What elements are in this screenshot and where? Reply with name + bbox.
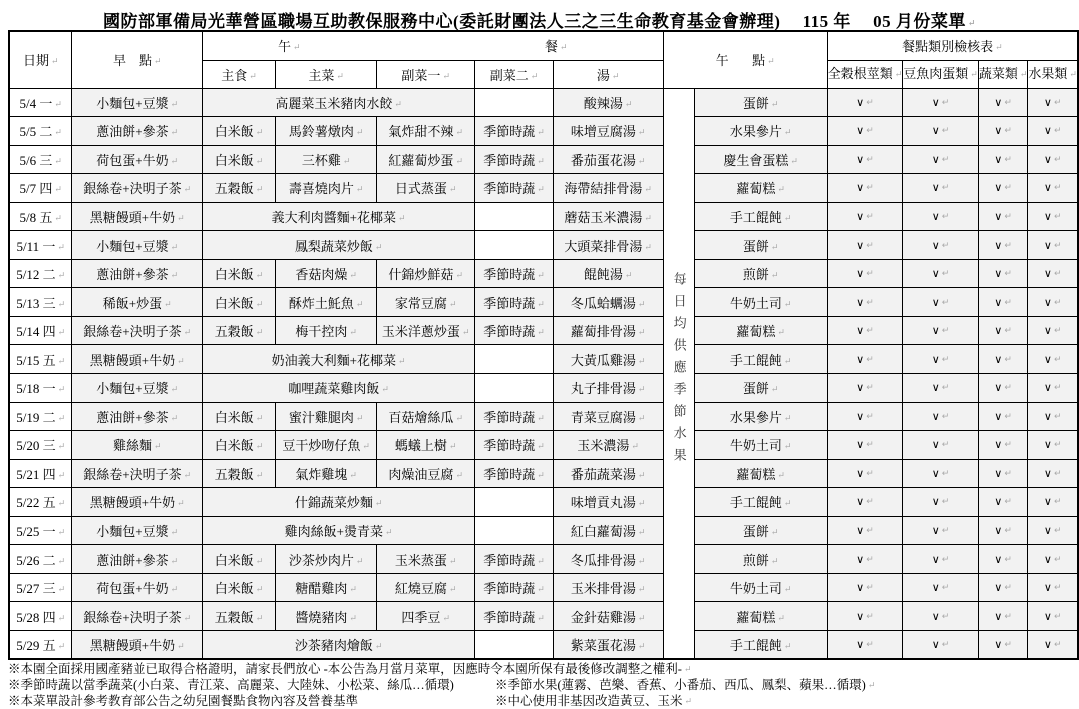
- side2-empty-cell: [475, 630, 554, 659]
- date-cell-text: 5/27 三: [16, 581, 65, 596]
- staple-cell: 白米飯: [202, 545, 275, 574]
- breakfast-cell-text: 黑糖饅頭+牛奶: [90, 495, 185, 510]
- date-cell-text: 5/8 五: [20, 210, 62, 225]
- snack-cell-text: 蛋餅: [743, 96, 779, 111]
- check-cell-3-text: ∨: [994, 240, 1012, 252]
- side2-cell: 季節時蔬: [475, 288, 554, 317]
- side1-cell: 什錦炒鮮菇: [377, 259, 475, 288]
- snack-cell: 牛奶土司: [694, 431, 827, 460]
- breakfast-cell-text: 黑糖饅頭+牛奶: [90, 210, 185, 225]
- date-cell: 5/21 四: [9, 459, 72, 488]
- soup-cell: 冬瓜蛤蠣湯: [553, 288, 663, 317]
- check-cell-3-text: ∨: [994, 354, 1012, 366]
- breakfast-cell-text: 荷包蛋+牛奶: [96, 581, 178, 596]
- menu-row: 5/4 一小麵包+豆漿高麗菜玉米豬肉水餃酸辣湯每日均供應季節水果蛋餅∨∨∨∨: [9, 88, 1078, 117]
- snack-cell-text: 水果參片: [730, 410, 792, 425]
- check-cell-1-text: ∨: [856, 182, 874, 194]
- soup-cell-text: 玉米排骨湯: [571, 581, 646, 596]
- check-cell-3: ∨: [978, 488, 1028, 517]
- staple-cell: 白米飯: [202, 117, 275, 146]
- check-cell-1-text: ∨: [856, 154, 874, 166]
- header-vegetable-class: 蔬菜類: [978, 60, 1028, 88]
- check-cell-3: ∨: [978, 174, 1028, 203]
- lunch-combined-cell: 奶油義大利麵+花椰菜: [202, 345, 474, 374]
- date-cell-text: 5/25 一: [16, 524, 65, 539]
- check-cell-1-text: ∨: [856, 554, 874, 566]
- date-cell: 5/27 三: [9, 573, 72, 602]
- check-cell-4-text: ∨: [1044, 125, 1062, 137]
- date-cell-text: 5/5 二: [20, 124, 62, 139]
- breakfast-cell-text: 銀絲卷+決明子茶: [83, 467, 191, 482]
- menu-row: 5/6 三荷包蛋+牛奶白米飯三杯雞紅蘿蔔炒蛋季節時蔬番茄蛋花湯慶生會蛋糕∨∨∨∨: [9, 145, 1078, 174]
- side2-cell: 季節時蔬: [475, 117, 554, 146]
- snack-cell-text: 手工餛飩: [730, 210, 792, 225]
- lunch-combined-cell: 高麗菜玉米豬肉水餃: [202, 88, 474, 117]
- soup-cell-text: 蘿蔔排骨湯: [571, 324, 646, 339]
- main-dish-cell: 梅干控肉: [276, 316, 377, 345]
- breakfast-cell-text: 荷包蛋+牛奶: [96, 153, 178, 168]
- footnote-1: ※本園全面採用國產豬並已取得合格證明，請家長們放心 -本公告為月當月菜單，因應時…: [8, 662, 1079, 678]
- check-cell-2: ∨: [903, 573, 979, 602]
- date-cell-text: 5/7 四: [20, 181, 62, 196]
- snack-cell: 牛奶土司: [694, 288, 827, 317]
- check-cell-4-text: ∨: [1044, 382, 1062, 394]
- side1-cell-text: 紅蘿蔔炒蛋: [388, 153, 463, 168]
- check-cell-2-text: ∨: [932, 354, 950, 366]
- check-cell-4-text: ∨: [1044, 439, 1062, 451]
- check-cell-1-text: ∨: [856, 97, 874, 109]
- side1-cell-text: 螞蟻上樹: [395, 438, 457, 453]
- check-cell-2: ∨: [903, 202, 979, 231]
- check-cell-4-text: ∨: [1044, 268, 1062, 280]
- check-cell-2-text: ∨: [932, 154, 950, 166]
- soup-cell: 玉米排骨湯: [553, 573, 663, 602]
- staple-cell: 白米飯: [202, 145, 275, 174]
- breakfast-cell-text: 雞絲麵: [113, 438, 162, 453]
- breakfast-cell-text: 蔥油餅+參茶: [96, 553, 178, 568]
- side1-cell: 紅蘿蔔炒蛋: [377, 145, 475, 174]
- side2-empty-cell: [475, 88, 554, 117]
- snack-cell-text: 蛋餅: [743, 381, 779, 396]
- side2-cell: 季節時蔬: [475, 145, 554, 174]
- snack-cell: 蛋餅: [694, 516, 827, 545]
- check-cell-3: ∨: [978, 602, 1028, 631]
- date-cell-text: 5/15 五: [16, 353, 65, 368]
- date-cell: 5/29 五: [9, 630, 72, 659]
- check-cell-2-text: ∨: [932, 496, 950, 508]
- check-cell-2-text: ∨: [932, 411, 950, 423]
- breakfast-cell: 黑糖饅頭+牛奶: [72, 630, 203, 659]
- side2-cell: 季節時蔬: [475, 602, 554, 631]
- menu-row: 5/26 二蔥油餅+參茶白米飯沙茶炒肉片玉米蒸蛋季節時蔬冬瓜排骨湯煎餅∨∨∨∨: [9, 545, 1078, 574]
- snack-cell: 手工餛飩: [694, 345, 827, 374]
- check-cell-4-text: ∨: [1044, 582, 1062, 594]
- soup-cell: 大頭菜排骨湯: [553, 231, 663, 260]
- menu-table: 日期 早 點 午 餐 午 點 餐點類別檢核表 主食 主菜 副菜一 副菜二 湯: [8, 30, 1079, 660]
- daily-fruit-note-text: 每日均供應季節水果: [664, 272, 694, 470]
- breakfast-cell: 小麵包+豆漿: [72, 88, 203, 117]
- check-cell-2-text: ∨: [932, 97, 950, 109]
- check-cell-3: ∨: [978, 459, 1028, 488]
- check-cell-2-text: ∨: [932, 382, 950, 394]
- staple-cell-text: 白米飯: [215, 124, 264, 139]
- side2-cell-text: 季節時蔬: [483, 124, 545, 139]
- check-cell-1: ∨: [827, 202, 903, 231]
- side1-cell-text: 肉燥油豆腐: [388, 467, 463, 482]
- header-protein-class: 豆魚肉蛋類: [903, 60, 979, 88]
- soup-cell: 冬瓜排骨湯: [553, 545, 663, 574]
- check-cell-4: ∨: [1028, 602, 1078, 631]
- soup-cell-text: 紅白蘿蔔湯: [571, 524, 646, 539]
- date-cell: 5/7 四: [9, 174, 72, 203]
- menu-row: 5/19 二蔥油餅+參茶白米飯蜜汁雞腿肉百菇燴絲瓜季節時蔬青菜豆腐湯水果參片∨∨…: [9, 402, 1078, 431]
- breakfast-cell: 小麵包+豆漿: [72, 516, 203, 545]
- breakfast-cell-text: 蔥油餅+參茶: [96, 410, 178, 425]
- lunch-combined-cell-text: 咖哩蔬菜雞肉飯: [288, 381, 389, 396]
- menu-row: 5/12 二蔥油餅+參茶白米飯香菇肉燥什錦炒鮮菇季節時蔬餛飩湯煎餅∨∨∨∨: [9, 259, 1078, 288]
- check-cell-1: ∨: [827, 88, 903, 117]
- check-cell-4-text: ∨: [1044, 496, 1062, 508]
- check-cell-1: ∨: [827, 259, 903, 288]
- check-cell-3-text: ∨: [994, 211, 1012, 223]
- snack-cell-text: 牛奶土司: [730, 296, 792, 311]
- snack-cell: 蛋餅: [694, 88, 827, 117]
- soup-cell-text: 番茄蛋花湯: [571, 153, 646, 168]
- date-cell: 5/13 三: [9, 288, 72, 317]
- soup-cell-text: 餛飩湯: [584, 267, 633, 282]
- date-cell-text: 5/28 四: [16, 610, 65, 625]
- main-dish-cell: 酥炸土魠魚: [276, 288, 377, 317]
- staple-cell-text: 白米飯: [215, 581, 264, 596]
- main-dish-cell: 香菇肉燥: [276, 259, 377, 288]
- date-cell-text: 5/19 二: [16, 410, 65, 425]
- check-cell-1: ∨: [827, 602, 903, 631]
- daily-fruit-note-cell: 每日均供應季節水果: [663, 88, 694, 659]
- check-cell-4-text: ∨: [1044, 154, 1062, 166]
- date-cell-text: 5/22 五: [16, 495, 65, 510]
- date-cell: 5/8 五: [9, 202, 72, 231]
- header-staple: 主食: [202, 60, 275, 88]
- date-cell: 5/19 二: [9, 402, 72, 431]
- breakfast-cell-text: 黑糖饅頭+牛奶: [90, 638, 185, 653]
- snack-cell-text: 手工餛飩: [730, 353, 792, 368]
- check-cell-2-text: ∨: [932, 611, 950, 623]
- soup-cell-text: 青菜豆腐湯: [571, 410, 646, 425]
- breakfast-cell: 蔥油餅+參茶: [72, 402, 203, 431]
- snack-cell: 蘿蔔糕: [694, 174, 827, 203]
- staple-cell: 五穀飯: [202, 602, 275, 631]
- snack-cell-text: 煎餅: [743, 267, 779, 282]
- check-cell-4-text: ∨: [1044, 297, 1062, 309]
- header-snack-right: 點: [752, 50, 775, 69]
- check-cell-3-text: ∨: [994, 125, 1012, 137]
- check-cell-1-text: ∨: [856, 468, 874, 480]
- side1-cell: 日式蒸蛋: [377, 174, 475, 203]
- check-cell-3: ∨: [978, 373, 1028, 402]
- lunch-combined-cell: 鳳梨蔬菜炒飯: [202, 231, 474, 260]
- check-cell-2-text: ∨: [932, 468, 950, 480]
- main-dish-cell-text: 三杯雞: [302, 153, 351, 168]
- check-cell-1: ∨: [827, 431, 903, 460]
- check-cell-4-text: ∨: [1044, 611, 1062, 623]
- check-cell-3: ∨: [978, 316, 1028, 345]
- staple-cell-text: 五穀飯: [215, 467, 264, 482]
- soup-cell: 金針菇雞湯: [553, 602, 663, 631]
- breakfast-cell-text: 小麵包+豆漿: [96, 96, 178, 111]
- side2-cell-text: 季節時蔬: [483, 581, 545, 596]
- breakfast-cell: 荷包蛋+牛奶: [72, 145, 203, 174]
- side1-cell: 玉米蒸蛋: [377, 545, 475, 574]
- main-dish-cell-text: 沙茶炒肉片: [289, 553, 364, 568]
- check-cell-4-text: ∨: [1044, 182, 1062, 194]
- main-dish-cell-text: 香菇肉燥: [295, 267, 357, 282]
- check-cell-4: ∨: [1028, 488, 1078, 517]
- date-cell: 5/5 二: [9, 117, 72, 146]
- breakfast-cell: 小麵包+豆漿: [72, 231, 203, 260]
- check-cell-1: ∨: [827, 316, 903, 345]
- breakfast-cell: 小麵包+豆漿: [72, 373, 203, 402]
- breakfast-cell: 黑糖饅頭+牛奶: [72, 488, 203, 517]
- side2-cell: 季節時蔬: [475, 402, 554, 431]
- check-cell-4: ∨: [1028, 373, 1078, 402]
- menu-row: 5/28 四銀絲卷+決明子茶五穀飯醬燒豬肉四季豆季節時蔬金針菇雞湯蘿蔔糕∨∨∨∨: [9, 602, 1078, 631]
- check-cell-2: ∨: [903, 488, 979, 517]
- staple-cell-text: 白米飯: [215, 296, 264, 311]
- check-cell-1: ∨: [827, 288, 903, 317]
- soup-cell-text: 大頭菜排骨湯: [564, 239, 652, 254]
- soup-cell: 紫菜蛋花湯: [553, 630, 663, 659]
- soup-cell: 海帶結排骨湯: [553, 174, 663, 203]
- side1-cell-text: 紅燒豆腐: [395, 581, 457, 596]
- side2-cell: 季節時蔬: [475, 431, 554, 460]
- check-cell-4: ∨: [1028, 288, 1078, 317]
- breakfast-cell-text: 小麵包+豆漿: [96, 524, 178, 539]
- lunch-combined-cell: 義大利肉醬麵+花椰菜: [202, 202, 474, 231]
- check-cell-1-text: ∨: [856, 354, 874, 366]
- lunch-combined-cell-text: 沙茶豬肉燴飯: [295, 638, 383, 653]
- main-dish-cell-text: 豆干炒吻仔魚: [282, 438, 370, 453]
- check-cell-4-text: ∨: [1044, 97, 1062, 109]
- side2-cell-text: 季節時蔬: [483, 410, 545, 425]
- side1-cell-text: 什錦炒鮮菇: [388, 267, 463, 282]
- check-cell-4-text: ∨: [1044, 240, 1062, 252]
- date-cell: 5/14 四: [9, 316, 72, 345]
- footnote-non-gmo: ※中心使用非基因改造黃豆、玉米: [495, 694, 692, 709]
- side2-cell-text: 季節時蔬: [483, 467, 545, 482]
- snack-cell-text: 慶生會蛋糕: [723, 153, 798, 168]
- check-cell-3: ∨: [978, 117, 1028, 146]
- check-cell-4: ∨: [1028, 345, 1078, 374]
- date-cell: 5/26 二: [9, 545, 72, 574]
- side2-cell-text: 季節時蔬: [483, 153, 545, 168]
- header-fruit-class: 水果類: [1028, 60, 1078, 88]
- main-dish-cell-text: 氣炸雞塊: [295, 467, 357, 482]
- menu-row: 5/14 四銀絲卷+決明子茶五穀飯梅干控肉玉米洋蔥炒蛋季節時蔬蘿蔔排骨湯蘿蔔糕∨…: [9, 316, 1078, 345]
- check-cell-3-text: ∨: [994, 182, 1012, 194]
- lunch-combined-cell: 雞肉絲飯+燙青菜: [202, 516, 474, 545]
- staple-cell-text: 白米飯: [215, 267, 264, 282]
- check-cell-4: ∨: [1028, 545, 1078, 574]
- check-cell-1-text: ∨: [856, 611, 874, 623]
- page-title: 國防部軍備局光華營區職場互助教保服務中心(委託財團法人三之三生命教育基金會辦理)…: [0, 0, 1079, 30]
- snack-cell-text: 煎餅: [743, 553, 779, 568]
- staple-cell: 五穀飯: [202, 459, 275, 488]
- check-cell-4: ∨: [1028, 88, 1078, 117]
- breakfast-cell: 蔥油餅+參茶: [72, 117, 203, 146]
- check-cell-3: ∨: [978, 630, 1028, 659]
- soup-cell: 丸子排骨湯: [553, 373, 663, 402]
- side2-empty-cell: [475, 202, 554, 231]
- staple-cell-text: 白米飯: [215, 153, 264, 168]
- snack-cell: 手工餛飩: [694, 202, 827, 231]
- soup-cell-text: 大黃瓜雞湯: [571, 353, 646, 368]
- check-cell-4: ∨: [1028, 231, 1078, 260]
- side2-empty-cell: [475, 373, 554, 402]
- check-cell-4: ∨: [1028, 573, 1078, 602]
- check-cell-3-text: ∨: [994, 554, 1012, 566]
- breakfast-cell-text: 小麵包+豆漿: [96, 239, 178, 254]
- side2-cell-text: 季節時蔬: [483, 296, 545, 311]
- date-cell: 5/25 一: [9, 516, 72, 545]
- menu-row: 5/13 三稀飯+炒蛋白米飯酥炸土魠魚家常豆腐季節時蔬冬瓜蛤蠣湯牛奶土司∨∨∨∨: [9, 288, 1078, 317]
- check-cell-3-text: ∨: [994, 268, 1012, 280]
- check-cell-3-text: ∨: [994, 582, 1012, 594]
- check-cell-2: ∨: [903, 545, 979, 574]
- side2-empty-cell: [475, 231, 554, 260]
- check-cell-3: ∨: [978, 88, 1028, 117]
- check-cell-1: ∨: [827, 345, 903, 374]
- header-lunch-right: 餐: [545, 36, 568, 55]
- date-cell-text: 5/26 二: [16, 553, 65, 568]
- check-cell-1: ∨: [827, 573, 903, 602]
- breakfast-cell-text: 蔥油餅+參茶: [96, 267, 178, 282]
- side2-cell-text: 季節時蔬: [483, 438, 545, 453]
- date-cell-text: 5/4 一: [20, 96, 62, 111]
- side2-empty-cell: [475, 516, 554, 545]
- check-cell-3: ∨: [978, 145, 1028, 174]
- soup-cell: 大黃瓜雞湯: [553, 345, 663, 374]
- check-cell-2: ∨: [903, 259, 979, 288]
- check-cell-2: ∨: [903, 288, 979, 317]
- check-cell-1: ∨: [827, 373, 903, 402]
- main-dish-cell: 壽喜燒肉片: [276, 174, 377, 203]
- check-cell-2: ∨: [903, 602, 979, 631]
- soup-cell: 酸辣湯: [553, 88, 663, 117]
- snack-cell: 煎餅: [694, 545, 827, 574]
- footnote-2: ※季節時蔬以當季蔬菜(小白菜、青江菜、高麗菜、大陸妹、小松菜、絲瓜…循環) ※季…: [8, 678, 1079, 694]
- check-cell-4: ∨: [1028, 516, 1078, 545]
- breakfast-cell: 稀飯+炒蛋: [72, 288, 203, 317]
- check-cell-1: ∨: [827, 174, 903, 203]
- snack-cell: 蘿蔔糕: [694, 459, 827, 488]
- lunch-combined-cell: 什錦蔬菜炒麵: [202, 488, 474, 517]
- check-cell-2: ∨: [903, 630, 979, 659]
- staple-cell: 五穀飯: [202, 174, 275, 203]
- main-dish-cell-text: 醬燒豬肉: [295, 610, 357, 625]
- date-cell: 5/28 四: [9, 602, 72, 631]
- check-cell-3: ∨: [978, 516, 1028, 545]
- date-cell-text: 5/14 四: [16, 324, 65, 339]
- lunch-combined-cell-text: 高麗菜玉米豬肉水餃: [275, 96, 402, 111]
- side2-cell-text: 季節時蔬: [483, 610, 545, 625]
- side1-cell: 百菇燴絲瓜: [377, 402, 475, 431]
- main-dish-cell-text: 梅干控肉: [295, 324, 357, 339]
- breakfast-cell: 銀絲卷+決明子茶: [72, 459, 203, 488]
- soup-cell-text: 酸辣湯: [584, 96, 633, 111]
- main-dish-cell: 馬鈴薯燉肉: [276, 117, 377, 146]
- date-cell: 5/12 二: [9, 259, 72, 288]
- side1-cell: 玉米洋蔥炒蛋: [377, 316, 475, 345]
- menu-row: 5/5 二蔥油餅+參茶白米飯馬鈴薯燉肉氣炸甜不辣季節時蔬味增豆腐湯水果參片∨∨∨…: [9, 117, 1078, 146]
- soup-cell-text: 海帶結排骨湯: [564, 181, 652, 196]
- lunch-combined-cell-text: 什錦蔬菜炒麵: [295, 495, 383, 510]
- staple-cell-text: 白米飯: [215, 410, 264, 425]
- snack-cell: 蘿蔔糕: [694, 316, 827, 345]
- check-cell-1-text: ∨: [856, 125, 874, 137]
- main-dish-cell: 三杯雞: [276, 145, 377, 174]
- snack-cell-text: 蘿蔔糕: [736, 467, 785, 482]
- snack-cell: 慶生會蛋糕: [694, 145, 827, 174]
- side2-cell: 季節時蔬: [475, 573, 554, 602]
- date-cell-text: 5/12 二: [16, 267, 65, 282]
- side1-cell: 紅燒豆腐: [377, 573, 475, 602]
- side1-cell-text: 玉米洋蔥炒蛋: [382, 324, 470, 339]
- check-cell-4-text: ∨: [1044, 468, 1062, 480]
- snack-cell-text: 蛋餅: [743, 239, 779, 254]
- header-main-dish: 主菜: [276, 60, 377, 88]
- breakfast-cell: 荷包蛋+牛奶: [72, 573, 203, 602]
- footnote-vegetables: ※季節時蔬以當季蔬菜(小白菜、青江菜、高麗菜、大陸妹、小松菜、絲瓜…循環): [8, 678, 454, 692]
- date-cell-text: 5/11 一: [17, 239, 65, 254]
- breakfast-cell: 蔥油餅+參茶: [72, 259, 203, 288]
- footnotes: ※本園全面採用國產豬並已取得合格證明，請家長們放心 -本公告為月當月菜單，因應時…: [8, 662, 1079, 709]
- check-cell-2-text: ∨: [932, 125, 950, 137]
- soup-cell-text: 紫菜蛋花湯: [571, 638, 646, 653]
- side2-cell: 季節時蔬: [475, 259, 554, 288]
- lunch-combined-cell-text: 雞肉絲飯+燙青菜: [285, 524, 393, 539]
- menu-row: 5/29 五黑糖饅頭+牛奶沙茶豬肉燴飯紫菜蛋花湯手工餛飩∨∨∨∨: [9, 630, 1078, 659]
- check-cell-2-text: ∨: [932, 240, 950, 252]
- date-cell: 5/20 三: [9, 431, 72, 460]
- breakfast-cell: 銀絲卷+決明子茶: [72, 316, 203, 345]
- snack-cell: 蘿蔔糕: [694, 602, 827, 631]
- check-cell-2-text: ∨: [932, 182, 950, 194]
- check-cell-4-text: ∨: [1044, 411, 1062, 423]
- check-cell-4: ∨: [1028, 402, 1078, 431]
- check-cell-2: ∨: [903, 231, 979, 260]
- main-dish-cell-text: 壽喜燒肉片: [289, 181, 364, 196]
- page-title-text: 國防部軍備局光華營區職場互助教保服務中心(委託財團法人三之三生命教育基金會辦理)…: [103, 12, 976, 31]
- snack-cell-text: 水果參片: [730, 124, 792, 139]
- breakfast-cell: 黑糖饅頭+牛奶: [72, 345, 203, 374]
- side2-empty-cell: [475, 488, 554, 517]
- menu-rows: 5/4 一小麵包+豆漿高麗菜玉米豬肉水餃酸辣湯每日均供應季節水果蛋餅∨∨∨∨5/…: [9, 88, 1078, 659]
- check-cell-4-text: ∨: [1044, 211, 1062, 223]
- main-dish-cell: 蜜汁雞腿肉: [276, 402, 377, 431]
- check-cell-1: ∨: [827, 117, 903, 146]
- soup-cell-text: 冬瓜排骨湯: [571, 553, 646, 568]
- staple-cell-text: 白米飯: [215, 438, 264, 453]
- staple-cell: 白米飯: [202, 402, 275, 431]
- date-cell: 5/22 五: [9, 488, 72, 517]
- check-cell-4: ∨: [1028, 259, 1078, 288]
- menu-row: 5/11 一小麵包+豆漿鳳梨蔬菜炒飯大頭菜排骨湯蛋餅∨∨∨∨: [9, 231, 1078, 260]
- check-cell-1-text: ∨: [856, 496, 874, 508]
- header-side1: 副菜一: [377, 60, 475, 88]
- header-lunch: 午 餐: [202, 31, 663, 60]
- menu-row: 5/22 五黑糖饅頭+牛奶什錦蔬菜炒麵味增貢丸湯手工餛飩∨∨∨∨: [9, 488, 1078, 517]
- soup-cell-text: 蘑菇玉米濃湯: [564, 210, 652, 225]
